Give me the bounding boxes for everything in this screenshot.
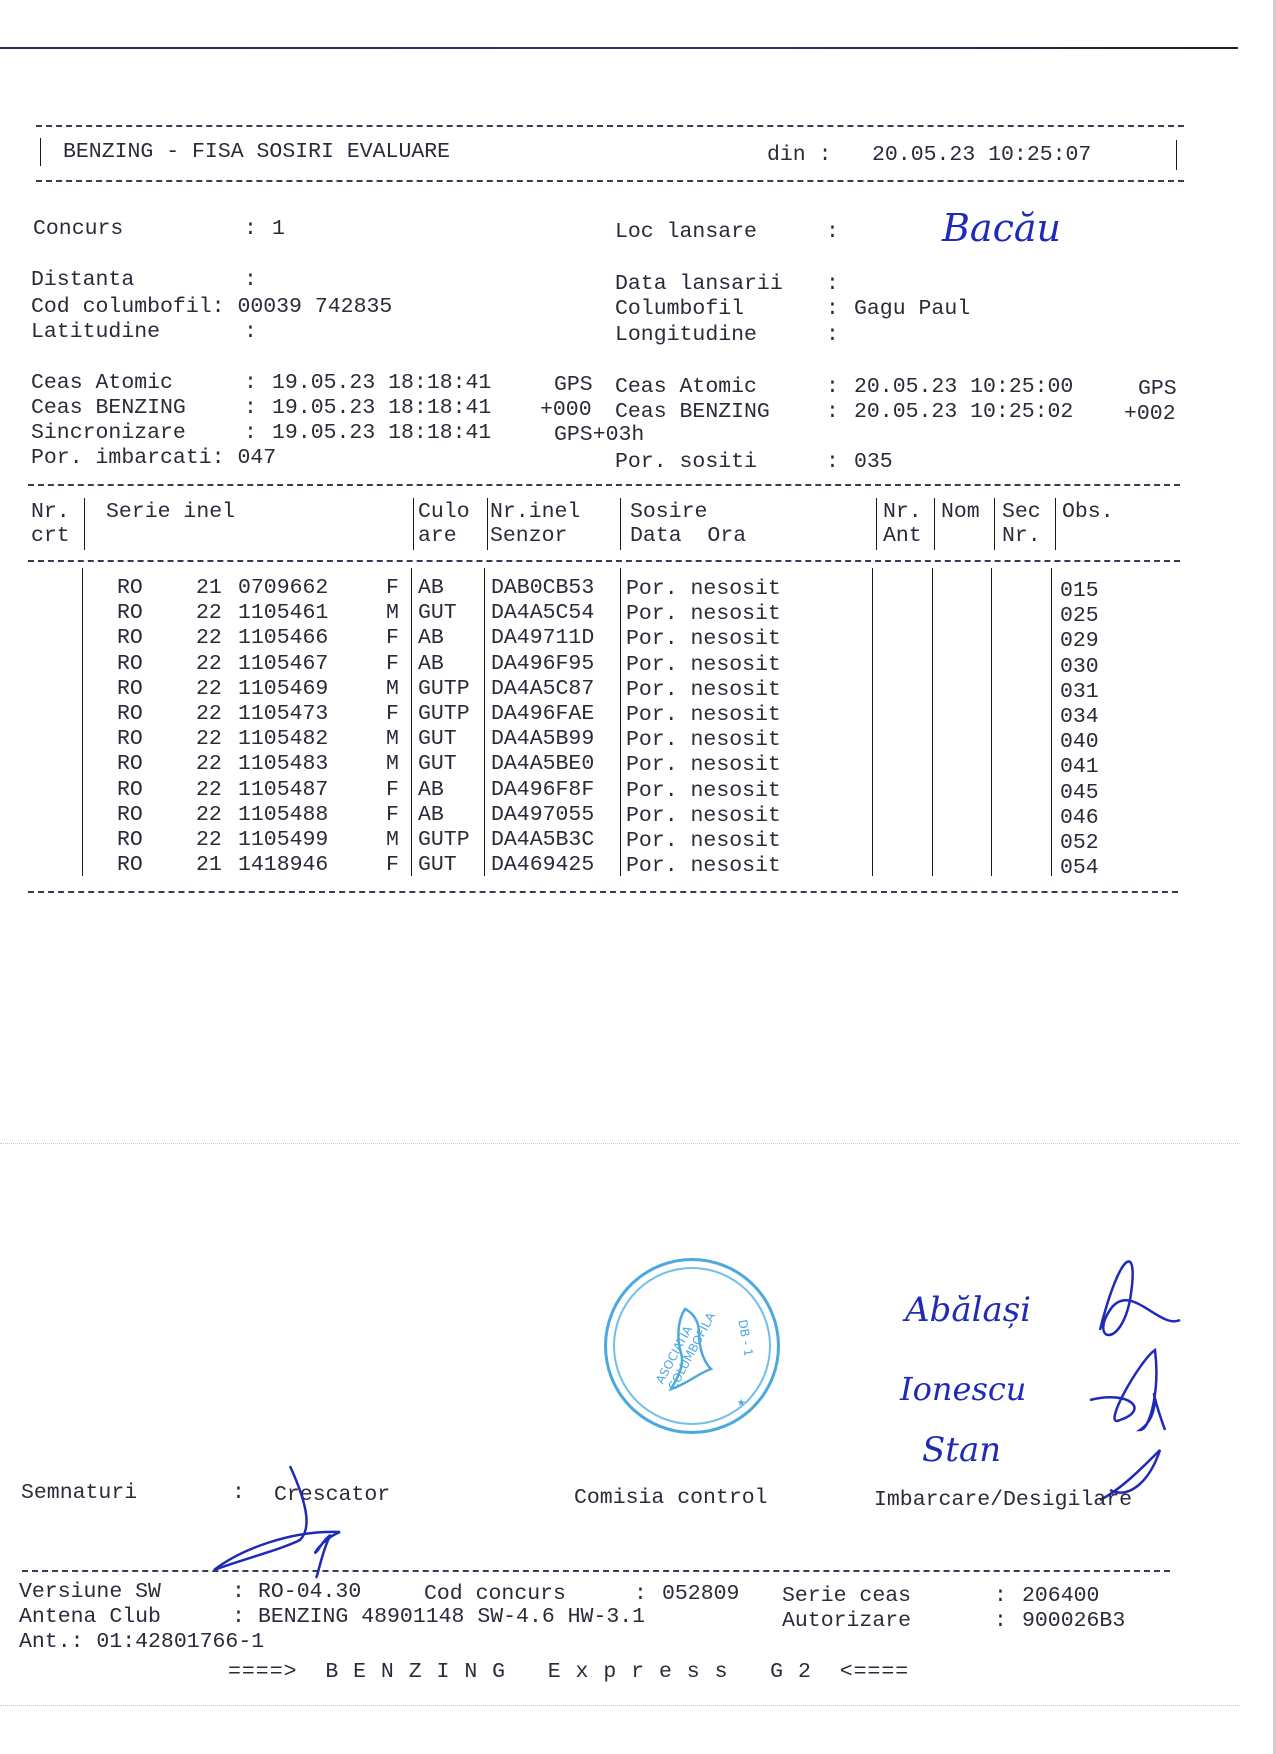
column-header-sosire: Sosire — [630, 500, 707, 524]
longitudine-colon: : — [826, 323, 839, 347]
column-header-obs: Obs. — [1062, 500, 1114, 524]
sex: F — [386, 626, 399, 650]
sensor-ring-id: DA4A5C87 — [491, 677, 594, 701]
arrival-status: Por. nesosit — [626, 703, 781, 727]
header-right-bar — [1176, 140, 1177, 170]
ceas-atomic-left-suffix: GPS — [554, 373, 593, 397]
color: GUTP — [418, 828, 470, 852]
handwritten-name-1: Abălași — [905, 1290, 1031, 1330]
table-top-rule — [28, 484, 1180, 486]
sincronizare-colon: : — [244, 421, 257, 445]
ceas-atomic-left-label: Ceas Atomic — [31, 371, 173, 395]
imbarcare-desigilare-label: Imbarcare/Desigilare — [874, 1488, 1132, 1512]
columbofil-colon: : — [826, 297, 839, 321]
column-separator — [484, 568, 485, 876]
footer-rule — [22, 1570, 1170, 1572]
column-separator — [411, 568, 412, 876]
color: GUT — [418, 853, 457, 877]
ceas-atomic-right-value: 20.05.23 10:25:00 — [854, 375, 1073, 399]
arrival-status: Por. nesosit — [626, 804, 781, 828]
ring-number: 0709662 — [238, 576, 328, 600]
ring-year: 22 — [196, 778, 222, 802]
ceas-atomic-right-label: Ceas Atomic — [615, 375, 757, 399]
color: GUTP — [418, 677, 470, 701]
arrival-status: Por. nesosit — [626, 779, 781, 803]
sex: F — [386, 803, 399, 827]
sex: M — [386, 677, 399, 701]
distanta-label: Distanta — [31, 268, 134, 292]
column-header-sosire-line2: Data Ora — [630, 524, 746, 548]
obs-number: 034 — [1060, 705, 1099, 729]
latitudine-colon: : — [244, 320, 257, 344]
arrival-status: Por. nesosit — [626, 753, 781, 777]
ring-year: 22 — [196, 828, 222, 852]
ring-country: RO — [117, 803, 143, 827]
ring-number: 1105499 — [238, 828, 328, 852]
ring-year: 21 — [196, 576, 222, 600]
column-separator — [84, 498, 85, 550]
color: AB — [418, 576, 444, 600]
ring-number: 1105467 — [238, 652, 328, 676]
sensor-ring-id: DA497055 — [491, 803, 594, 827]
sex: F — [386, 778, 399, 802]
por-imbarcati-label-text: Por. imbarcati — [31, 446, 212, 470]
sex: M — [386, 828, 399, 852]
ceas-atomic-left-colon: : — [244, 371, 257, 395]
sensor-ring-id: DA49711D — [491, 626, 594, 650]
ceas-benzing-left-label: Ceas BENZING — [31, 396, 186, 420]
obs-number: 041 — [1060, 755, 1099, 779]
color: AB — [418, 803, 444, 827]
antenna-id-line: Ant.: 01:42801766-1 — [19, 1630, 264, 1654]
handwritten-name-2: Ionescu — [900, 1370, 1026, 1408]
obs-number: 015 — [1060, 579, 1099, 603]
ring-year: 22 — [196, 626, 222, 650]
page-top-edge — [0, 47, 1238, 49]
arrival-status: Por. nesosit — [626, 653, 781, 677]
obs-number: 030 — [1060, 655, 1099, 679]
column-header-nom: Nom — [941, 500, 980, 524]
svg-text:★: ★ — [737, 1395, 746, 1411]
sensor-ring-id: DA496F8F — [491, 778, 594, 802]
ring-number: 1105487 — [238, 778, 328, 802]
arrival-status: Por. nesosit — [626, 854, 781, 878]
ceas-benzing-right-label: Ceas BENZING — [615, 400, 770, 424]
column-header-nr-inel-senzor: Nr.inel — [490, 500, 580, 524]
sensor-ring-id: DA496FAE — [491, 702, 594, 726]
arrival-status: Por. nesosit — [626, 627, 781, 651]
antena-club-value: BENZING 48901148 SW-4.6 HW-3.1 — [258, 1605, 645, 1629]
header-bottom-rule — [36, 180, 1184, 182]
ring-year: 22 — [196, 752, 222, 776]
ceas-benzing-left-suffix: +000 — [540, 398, 592, 422]
scan-noise-line — [0, 1143, 1240, 1144]
sensor-ring-id: DA4A5C54 — [491, 601, 594, 625]
ceas-benzing-right-suffix: +002 — [1124, 402, 1176, 426]
loc-lansare-handwritten: Bacău — [942, 206, 1061, 250]
column-header-culoare: Culo — [418, 500, 470, 524]
semnaturi-label: Semnaturi — [21, 1481, 137, 1505]
versiune-sw-value: RO-04.30 — [258, 1580, 361, 1604]
column-separator — [620, 498, 621, 550]
column-separator — [413, 498, 414, 550]
versiune-sw-label: Versiune SW — [19, 1580, 161, 1604]
por-imbarcati-label: Por. imbarcati: 047 — [31, 446, 276, 470]
sex: F — [386, 576, 399, 600]
ceas-atomic-right-suffix: GPS — [1138, 377, 1177, 401]
ring-number: 1105469 — [238, 677, 328, 701]
ring-year: 22 — [196, 727, 222, 751]
column-separator — [872, 568, 873, 876]
ring-country: RO — [117, 576, 143, 600]
ceas-benzing-right-value: 20.05.23 10:25:02 — [854, 400, 1073, 424]
loc-lansare-label: Loc lansare — [615, 220, 757, 244]
signature-scribbles — [1080, 1240, 1190, 1520]
sensor-ring-id: DA469425 — [491, 853, 594, 877]
color: AB — [418, 778, 444, 802]
column-separator — [487, 498, 488, 550]
sincronizare-suffix: GPS+03h — [554, 423, 644, 447]
serie-ceas-label: Serie ceas — [782, 1584, 911, 1608]
obs-number: 040 — [1060, 730, 1099, 754]
column-separator — [991, 568, 992, 876]
color: GUT — [418, 752, 457, 776]
sensor-ring-id: DA4A5B99 — [491, 727, 594, 751]
sex: F — [386, 702, 399, 726]
serie-ceas-value: 206400 — [1022, 1584, 1099, 1608]
por-sositi-colon: : — [826, 450, 839, 474]
comisia-control-label: Comisia control — [574, 1486, 768, 1510]
data-lansarii-label: Data lansarii — [615, 272, 783, 296]
autorizare-value: 900026B3 — [1022, 1609, 1125, 1633]
ceas-benzing-left-colon: : — [244, 396, 257, 420]
ring-country: RO — [117, 702, 143, 726]
column-separator — [1051, 568, 1052, 876]
latitudine-label: Latitudine — [31, 320, 160, 344]
scan-noise-line — [0, 1705, 1240, 1706]
cod-concurs-colon: : — [634, 1582, 647, 1606]
obs-number: 025 — [1060, 604, 1099, 628]
sex: M — [386, 727, 399, 751]
antena-club-colon: : — [232, 1605, 245, 1629]
column-separator — [994, 498, 995, 550]
ring-year: 21 — [196, 853, 222, 877]
longitudine-label: Longitudine — [615, 323, 757, 347]
column-header-nr-inel-senzor-line2: Senzor — [490, 524, 567, 548]
ring-number: 1105488 — [238, 803, 328, 827]
ring-country: RO — [117, 626, 143, 650]
distanta-colon: : — [244, 268, 257, 292]
handwritten-name-3: Stan — [922, 1430, 1001, 1470]
cod-concurs-label: Cod concurs — [424, 1582, 566, 1606]
ceas-atomic-right-colon: : — [826, 375, 839, 399]
ring-number: 1418946 — [238, 853, 328, 877]
sensor-ring-id: DA496F95 — [491, 652, 594, 676]
association-stamp: ASOCIATIA COLUMBOFILA DB - 1 ★ — [604, 1258, 780, 1434]
pigeon-emblem-icon: ★ — [607, 1261, 777, 1431]
din-value: 20.05.23 10:25:07 — [872, 143, 1091, 167]
column-header-culoare-line2: are — [418, 524, 457, 548]
ring-year: 22 — [196, 652, 222, 676]
ceas-atomic-left-value: 19.05.23 18:18:41 — [272, 371, 491, 395]
autorizare-colon: : — [994, 1609, 1007, 1633]
color: GUT — [418, 727, 457, 751]
loc-lansare-colon: : — [826, 220, 839, 244]
ring-country: RO — [117, 853, 143, 877]
column-header-sec-nr-line2: Nr. — [1002, 524, 1041, 548]
obs-number: 031 — [1060, 680, 1099, 704]
column-header-nr-ant-line2: Ant — [883, 524, 922, 548]
color: AB — [418, 626, 444, 650]
din-label: din : — [767, 143, 832, 167]
columbofil-label: Columbofil — [615, 297, 744, 321]
arrival-status: Por. nesosit — [626, 728, 781, 752]
sex: M — [386, 752, 399, 776]
concurs-colon: : — [244, 217, 257, 241]
por-sositi-value: 035 — [854, 450, 893, 474]
ceas-benzing-right-colon: : — [826, 400, 839, 424]
color: GUTP — [418, 702, 470, 726]
por-sositi-label: Por. sositi — [615, 450, 757, 474]
column-separator — [620, 568, 621, 876]
ring-country: RO — [117, 677, 143, 701]
concurs-label: Concurs — [33, 217, 123, 241]
header-left-bar — [40, 138, 41, 166]
ring-country: RO — [117, 727, 143, 751]
arrival-status: Por. nesosit — [626, 829, 781, 853]
sex: F — [386, 853, 399, 877]
column-header-nr-crt-line2: crt — [31, 524, 70, 548]
por-imbarcati-value: 047 — [237, 446, 276, 470]
crescator-signature — [200, 1460, 380, 1580]
ring-number: 1105483 — [238, 752, 328, 776]
cod-columbofil-value: 00039 742835 — [237, 295, 392, 319]
column-header-nr-ant: Nr. — [883, 500, 922, 524]
column-separator — [1055, 498, 1056, 550]
benzing-express-brand-line: ====> B E N Z I N G E x p r e s s G 2 <=… — [228, 1660, 909, 1684]
obs-number: 029 — [1060, 629, 1099, 653]
ring-country: RO — [117, 652, 143, 676]
column-separator — [932, 568, 933, 876]
cod-columbofil-label-text: Cod columbofil — [31, 295, 212, 319]
ring-year: 22 — [196, 803, 222, 827]
ring-number: 1105473 — [238, 702, 328, 726]
ring-country: RO — [117, 752, 143, 776]
sex: M — [386, 601, 399, 625]
obs-number: 045 — [1060, 781, 1099, 805]
header-top-rule — [36, 125, 1184, 127]
ring-number: 1105461 — [238, 601, 328, 625]
arrival-status: Por. nesosit — [626, 577, 781, 601]
arrival-status: Por. nesosit — [626, 602, 781, 626]
sincronizare-value: 19.05.23 18:18:41 — [272, 421, 491, 445]
cod-concurs-value: 052809 — [662, 1582, 739, 1606]
sensor-ring-id: DA4A5B3C — [491, 828, 594, 852]
ring-year: 22 — [196, 677, 222, 701]
column-separator — [934, 498, 935, 550]
ceas-benzing-left-value: 19.05.23 18:18:41 — [272, 396, 491, 420]
arrival-status: Por. nesosit — [626, 678, 781, 702]
ring-number: 1105482 — [238, 727, 328, 751]
obs-number: 052 — [1060, 831, 1099, 855]
column-separator — [82, 568, 83, 876]
column-separator — [876, 498, 877, 550]
obs-number: 054 — [1060, 856, 1099, 880]
serie-ceas-colon: : — [994, 1584, 1007, 1608]
ring-year: 22 — [196, 601, 222, 625]
ring-number: 1105466 — [238, 626, 328, 650]
sensor-ring-id: DAB0CB53 — [491, 576, 594, 600]
column-header-nr-crt: Nr. — [31, 500, 70, 524]
obs-number: 046 — [1060, 806, 1099, 830]
color: GUT — [418, 601, 457, 625]
table-header-rule — [28, 560, 1180, 562]
column-header-serie-inel: Serie inel — [106, 500, 235, 524]
autorizare-label: Autorizare — [782, 1609, 911, 1633]
versiune-sw-colon: : — [232, 1580, 245, 1604]
antena-club-label: Antena Club — [19, 1605, 161, 1629]
ring-country: RO — [117, 601, 143, 625]
concurs-value: 1 — [272, 217, 285, 241]
sincronizare-label: Sincronizare — [31, 421, 186, 445]
ring-country: RO — [117, 778, 143, 802]
data-lansarii-colon: : — [826, 272, 839, 296]
sensor-ring-id: DA4A5BE0 — [491, 752, 594, 776]
column-header-sec-nr: Sec — [1002, 500, 1041, 524]
color: AB — [418, 652, 444, 676]
sex: F — [386, 652, 399, 676]
columbofil-value: Gagu Paul — [854, 297, 970, 321]
ring-year: 22 — [196, 702, 222, 726]
table-bottom-rule — [28, 891, 1178, 893]
ring-country: RO — [117, 828, 143, 852]
document-title: BENZING - FISA SOSIRI EVALUARE — [63, 140, 450, 164]
cod-columbofil-label: Cod columbofil: 00039 742835 — [31, 295, 392, 319]
